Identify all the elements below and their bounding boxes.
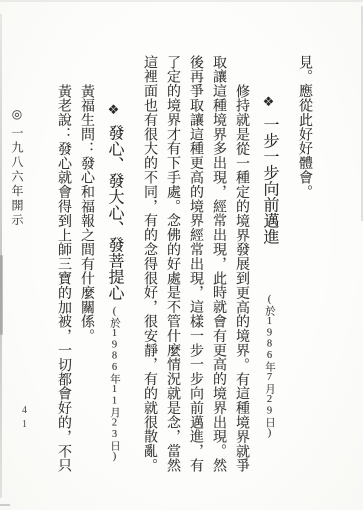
year-label-text: 一九八六年開示	[10, 127, 24, 229]
scan-edge-left-mark	[0, 255, 3, 335]
section-1-date: (於1986年7月29日)	[264, 294, 275, 439]
section-2-question-paragraph: 黃福生問：發心和福報之間有什麼關係。	[75, 0, 98, 475]
ornament-icon: ◎	[10, 107, 24, 124]
continuation-paragraph: 見。應從此好好體會。	[293, 0, 316, 475]
section-2-date: (於1986年11月23日)	[109, 306, 120, 462]
section-2-answer-paragraph: 黃老說：發心就會得到上師三寶的加被，一切都會好的，不只	[52, 0, 75, 475]
section-2-heading: ❖發心、發大心、發菩提心(於1986年11月23日)	[102, 0, 126, 475]
book-page: 見。應從此好好體會。 ❖一步一步向前邁進(於1986年7月29日) 修持就是從一…	[0, 0, 363, 510]
section-2-title: 發心、發大心、發菩提心	[106, 124, 123, 300]
page-number: 41	[19, 405, 30, 433]
section-marker-icon: ❖	[262, 95, 277, 110]
scan-edge-top	[0, 0, 363, 2]
year-margin-label: ◎一九八六年開示	[9, 107, 26, 228]
vertical-text-flow: 見。應從此好好體會。 ❖一步一步向前邁進(於1986年7月29日) 修持就是從一…	[52, 0, 316, 510]
scan-edge-bottom-mark	[0, 504, 10, 506]
section-1-title: 一步一步向前邁進	[261, 116, 278, 244]
section-marker-icon: ❖	[107, 103, 122, 118]
section-1-paragraph: 修持就是從一種定的境界發展到更高的境界。有這種境界就爭取讓這種境界多出現，經常出…	[138, 0, 253, 475]
section-1-heading: ❖一步一步向前邁進(於1986年7月29日)	[257, 0, 281, 475]
